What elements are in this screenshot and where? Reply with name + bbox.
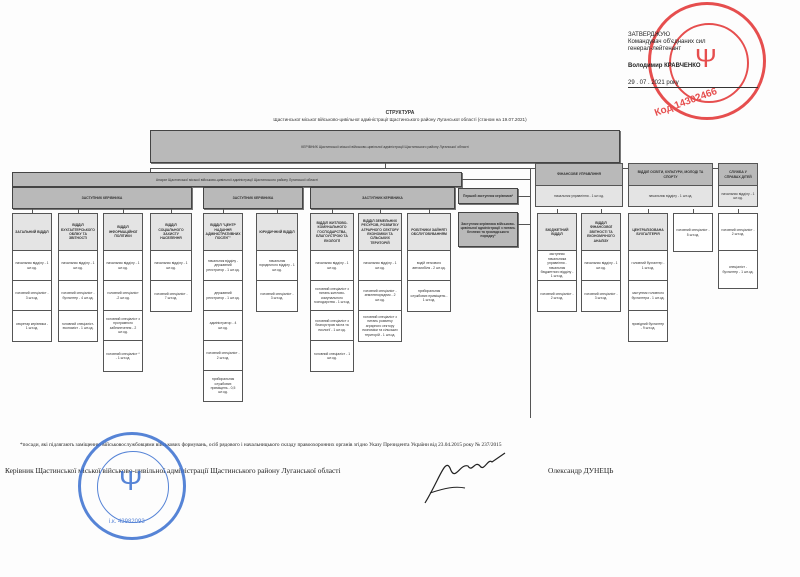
department-name: Відділ інформаційної політики — [104, 214, 142, 251]
department-name: Відділ бухгалтерського обліку та звітнос… — [59, 214, 97, 251]
deputy-box-1: ЗАСТУПНИК КЕРІВНИКА — [12, 187, 192, 209]
staff-position: головний спеціаліст - 3 шт.од. — [13, 281, 51, 311]
head-box: КЕРІВНИК Щастинської міської військово-ц… — [150, 130, 620, 163]
apparatus-box: Апарат Щастинської міської військово-цив… — [12, 172, 462, 187]
department-box: Відділ житлово-комунального господарства… — [310, 213, 354, 372]
deputy-box-3: ЗАСТУПНИК КЕРІВНИКА — [310, 187, 455, 209]
staff-position: головний спеціаліст - 1 шт.од. — [311, 341, 353, 371]
connector — [738, 209, 739, 213]
connector — [518, 196, 530, 197]
staff-position: начальник відділу - 1 шт.од. — [104, 251, 142, 281]
department-box: Відділ фінансової звітності та економічн… — [581, 213, 621, 312]
staff-position: головний спеціаліст з благоустрою міста … — [311, 311, 353, 341]
staff-position: начальник відділу - державний реєстратор… — [204, 251, 242, 281]
staff-position: головний спеціаліст - 2 шт.од. — [204, 341, 242, 371]
department-name: Відділ "Центр надання адміністративних п… — [204, 214, 242, 251]
department-box: головний спеціаліст - 2 шт.од.спеціаліст… — [718, 213, 758, 289]
staff-position: водій легкового автомобіля - 2 шт.од. — [408, 251, 450, 281]
stamp-code: і.к. 43982093 — [109, 519, 145, 525]
department-name: Централізована бухгалтерія — [629, 214, 667, 251]
trident-icon: Ψ — [119, 465, 142, 497]
department-box: Відділ інформаційної політикиначальник в… — [103, 213, 143, 372]
staff-position: прибиральник службових приміщень - 0,5 ш… — [204, 371, 242, 401]
staff-position: начальник відділу - 1 шт.од. — [151, 251, 191, 281]
staff-position: начальник відділу - 1 шт.од. — [582, 251, 620, 281]
staff-position: головний спеціаліст - 2 шт.од. — [719, 214, 757, 251]
deputy-box-2: ЗАСТУПНИК КЕРІВНИКА — [203, 187, 303, 209]
department-name: Відділ фінансової звітності та економічн… — [582, 214, 620, 251]
connector — [32, 209, 33, 213]
department-name: Загальний відділ — [13, 214, 51, 251]
connector — [78, 209, 79, 213]
department-box: Відділ соціального захисту населеннянача… — [150, 213, 192, 312]
department-name: Юридичний відділ — [257, 214, 297, 251]
connector — [171, 209, 172, 213]
connector — [123, 209, 124, 213]
staff-position: адміністратор - 4 шт.од. — [204, 311, 242, 341]
children-service: СЛУЖБА У СПРАВАХ ДІТЕЙ начальник відділу… — [718, 163, 758, 207]
connector — [530, 168, 531, 418]
document-subtitle: Щастинської міської військово-цивільної … — [0, 117, 800, 122]
approval-name: Володимир КРАВЧЕНКО — [628, 63, 758, 70]
staff-position: головний спеціаліст - 5 шт.од. — [674, 214, 712, 251]
department-box: Відділ бухгалтерського обліку та звітнос… — [58, 213, 98, 342]
department-box: Відділ земельних ресурсів, розвитку агра… — [358, 213, 402, 342]
connector — [380, 209, 381, 213]
security-deputy-box: Заступник керівника військово-цивільної … — [458, 212, 518, 247]
approval-position: Командувач об'єднаних сил — [628, 39, 758, 46]
department-name: Робітники зайняті обслуговуванням — [408, 214, 450, 251]
department-box: Відділ "Центр надання адміністративних п… — [203, 213, 243, 402]
staff-position: прибиральник службових приміщень - 1 шт.… — [408, 281, 450, 311]
connector — [518, 224, 530, 225]
department-name: Відділ соціального захисту населення — [151, 214, 191, 251]
connector — [462, 179, 530, 180]
connector — [557, 209, 558, 213]
staff-position: заступник головного бухгалтера - 1 шт.од… — [629, 281, 667, 311]
blue-official-stamp: Ψ і.к. 43982093 — [78, 432, 186, 540]
staff-position: головний спеціаліст -2 шт.од. — [104, 281, 142, 311]
department-name: Бюджетний відділ — [538, 214, 576, 251]
staff-position: начальник відділу - 1 шт.од. — [59, 251, 97, 281]
staff-position: головний спеціаліст з програмного забезп… — [104, 311, 142, 341]
staff-position: головний спеціаліст з питань розвитку аг… — [359, 311, 401, 341]
department-box: Загальний відділначальник відділу - 1 шт… — [12, 213, 52, 342]
staff-position: начальник відділу - 1 шт.од. — [311, 251, 353, 281]
document-title: СТРУКТУРА — [0, 110, 800, 116]
staff-position: начальник відділу - 1 шт.од. — [13, 251, 51, 281]
department-box: Бюджетний відділзаступник начальника упр… — [537, 213, 577, 312]
staff-position: заступник начальника управління - началь… — [538, 251, 576, 281]
department-box: Централізована бухгалтеріяголовний бухга… — [628, 213, 668, 342]
connector — [693, 209, 694, 213]
staff-position: головний спеціаліст - 2 шт.од. — [538, 281, 576, 311]
signature — [420, 448, 510, 508]
staff-position: головний спеціаліст - 3 шт.од. — [582, 281, 620, 311]
staff-position: державний реєстратор - 1 шт.од. — [204, 281, 242, 311]
staff-position: секретар керівника - 1 шт.од. — [13, 311, 51, 341]
staff-position: головний спеціаліст * - 1 шт.од. — [104, 341, 142, 371]
approval-label: ЗАТВЕРДЖУЮ — [628, 32, 758, 39]
approval-rank: генерал-лейтенант — [628, 46, 758, 53]
staff-position: головний спеціаліст - землевпорядник - 2… — [359, 281, 401, 311]
connector — [648, 209, 649, 213]
department-box: Робітники зайняті обслуговуваннямводій л… — [407, 213, 451, 312]
staff-position: спеціаліст - бухгалтер - 1 шт.од. — [719, 251, 757, 288]
approval-date: 29 . 07 . 2021 року — [628, 80, 758, 88]
staff-position: начальник юридичного відділу - 1 шт.од. — [257, 251, 297, 281]
connector — [332, 209, 333, 213]
department-box: Юридичний відділначальник юридичного від… — [256, 213, 298, 312]
department-box: головний спеціаліст - 5 шт.од. — [673, 213, 713, 252]
department-name: Відділ земельних ресурсів, розвитку агра… — [359, 214, 401, 251]
staff-position: головний спеціаліст - 3 шт.од. — [257, 281, 297, 311]
staff-position: головний бухгалтер - 1 шт.од. — [629, 251, 667, 281]
department-name: Відділ житлово-комунального господарства… — [311, 214, 353, 251]
staff-position: головний спеціаліст - бухгалтер - 4 шт.о… — [59, 281, 97, 311]
finance-directorate: ФІНАНСОВЕ УПРАВЛІННЯ начальник управлінн… — [535, 163, 623, 207]
connector — [429, 209, 430, 213]
staff-position: провідний бухгалтер - 9 шт.од. — [629, 311, 667, 341]
staff-position: головний спеціаліст-економіст - 1 шт.од. — [59, 311, 97, 341]
staff-position: головний спеціаліст з питань житлово-ком… — [311, 281, 353, 311]
connector — [223, 209, 224, 213]
connector — [277, 209, 278, 213]
staff-position: головний спеціаліст - 7 шт.од. — [151, 281, 191, 311]
approval-block: ЗАТВЕРДЖУЮ Командувач об'єднаних сил ген… — [628, 32, 758, 88]
education-department: ВІДДІЛ ОСВІТИ, КУЛЬТУРИ, МОЛОДІ ТА СПОРТ… — [628, 163, 713, 207]
signer-name: Олександр ДУНЕЦЬ — [548, 466, 613, 475]
connector — [601, 209, 602, 213]
staff-position: начальник відділу - 1 шт.од. — [359, 251, 401, 281]
first-deputy-box: Перший заступник керівника* — [458, 188, 518, 204]
